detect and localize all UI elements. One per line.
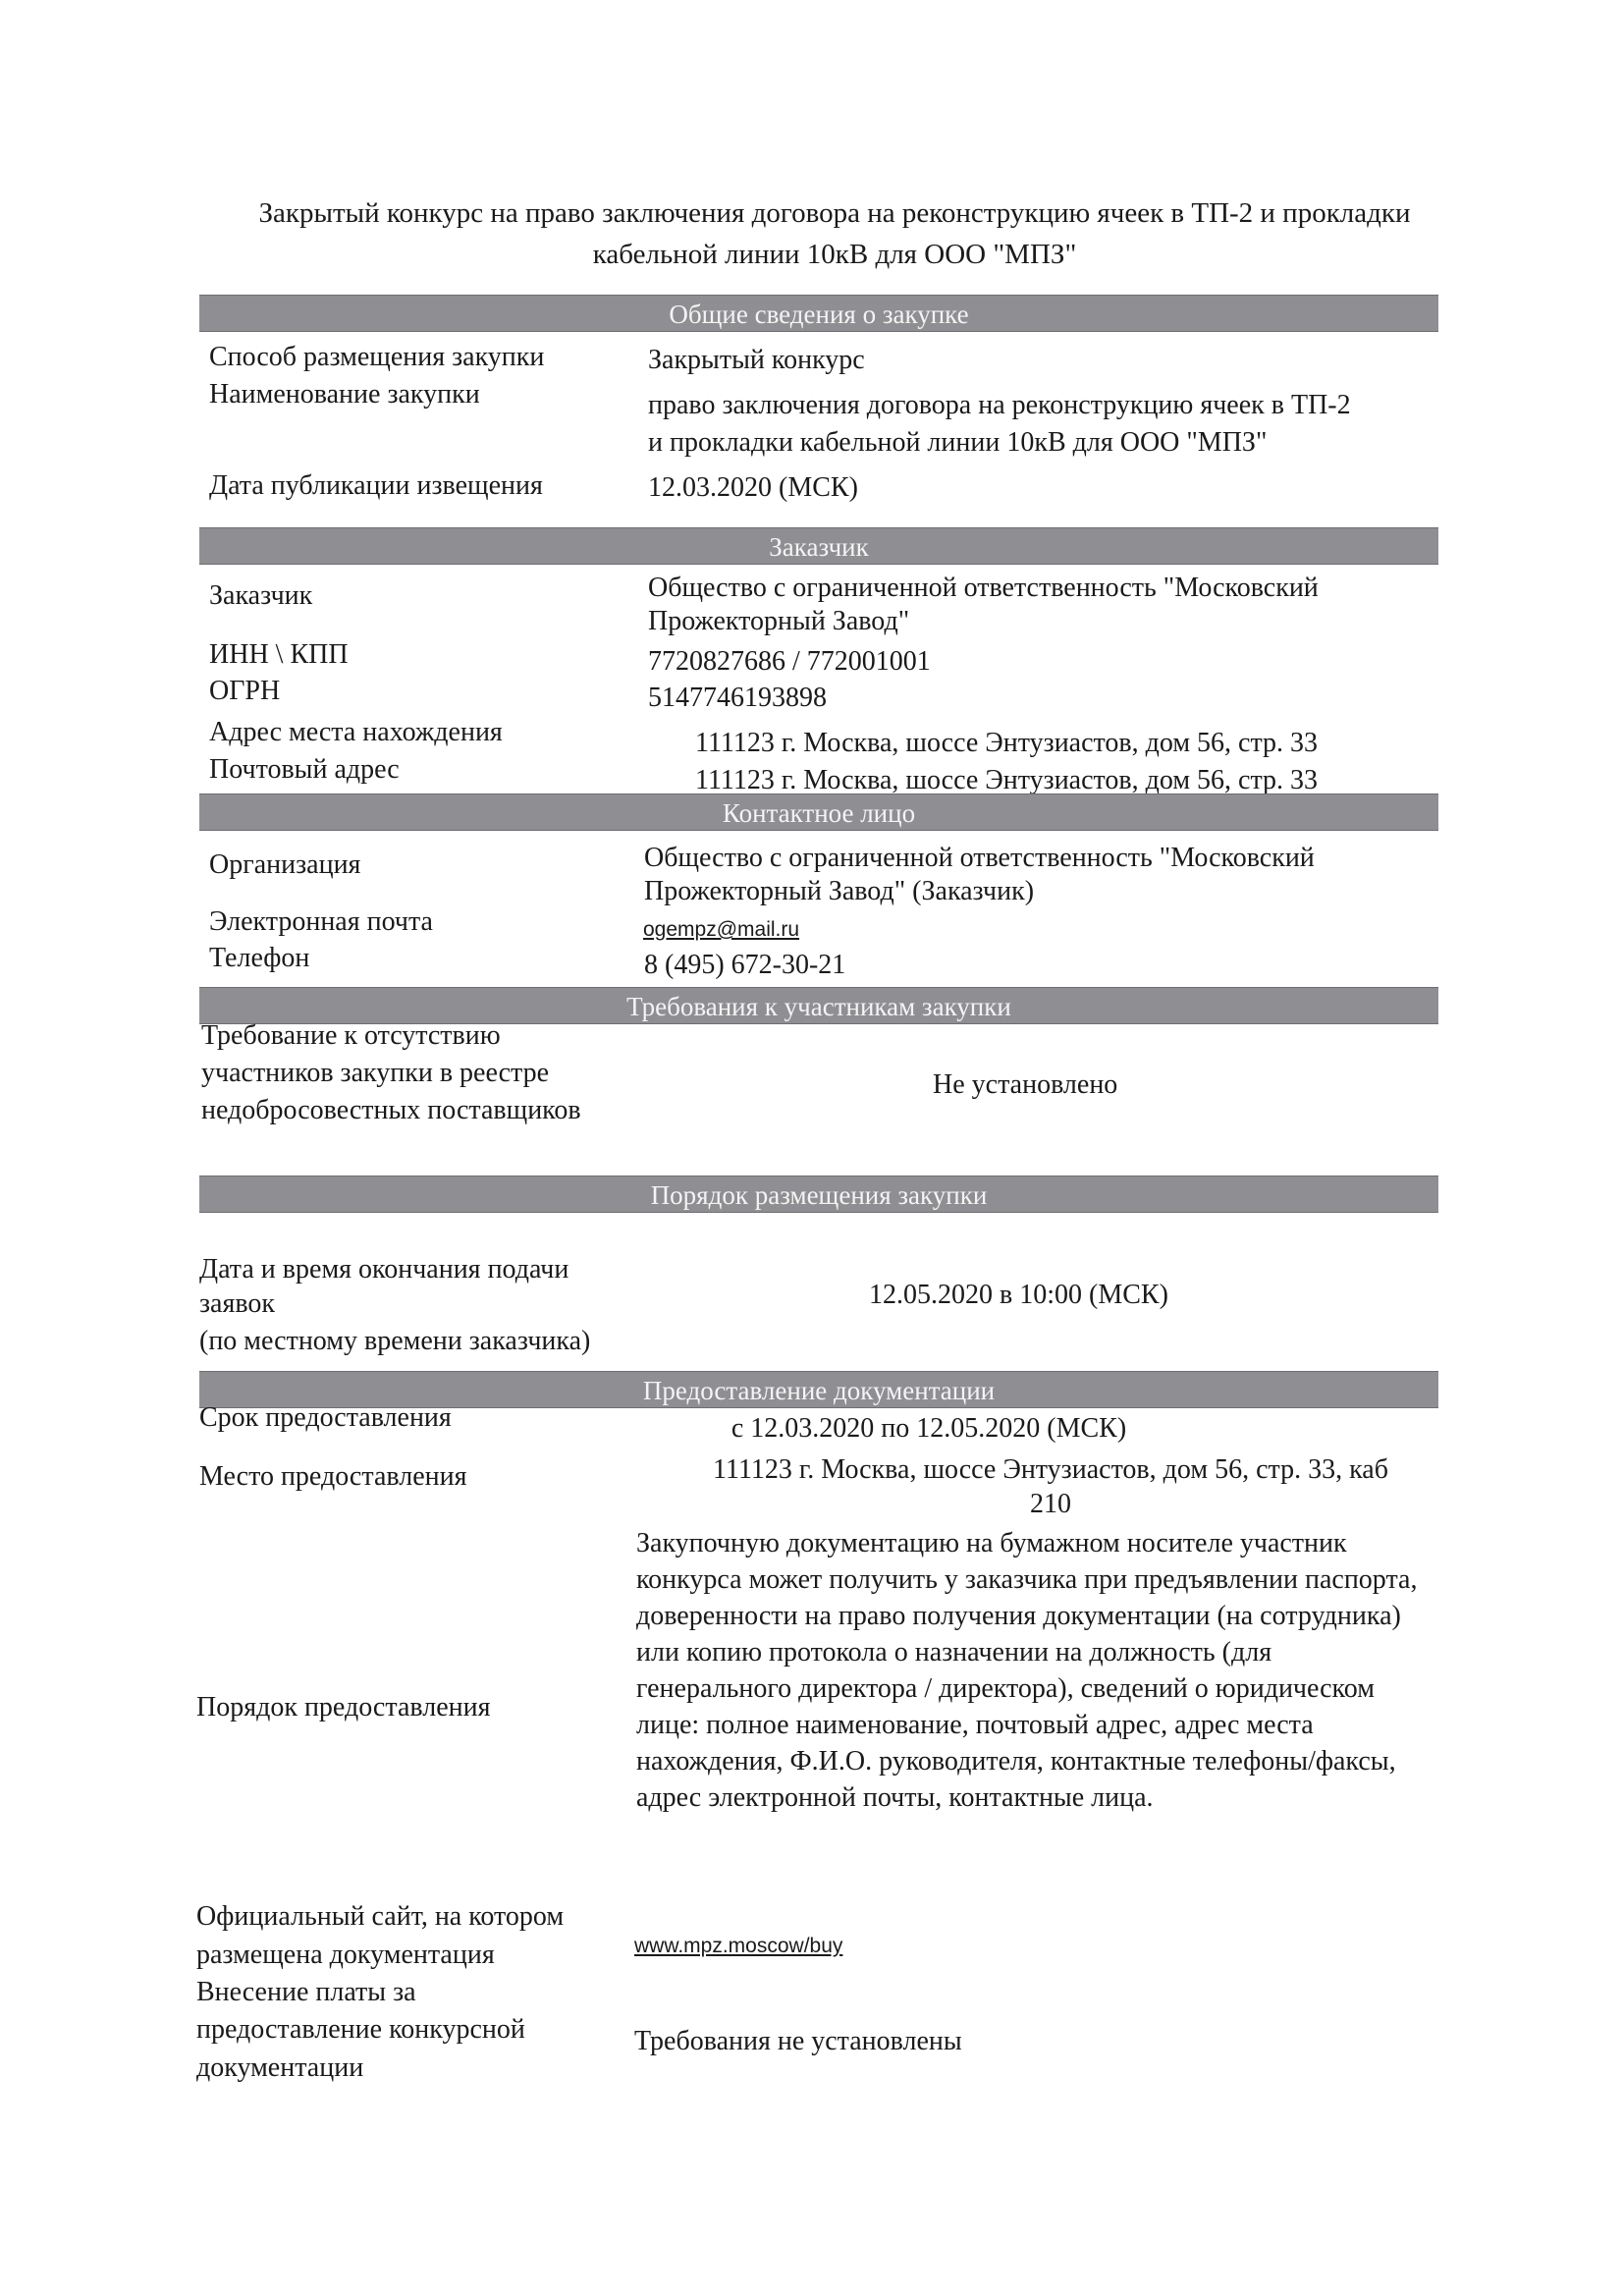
section-header-customer: Заказчик: [199, 527, 1438, 565]
place-value-line-2: 210: [609, 1486, 1492, 1522]
name-value-line-2: и прокладки кабельной линии 10кВ для ООО…: [648, 424, 1267, 461]
section-header-contact: Контактное лицо: [199, 793, 1438, 831]
customer-value-line-1: Общество с ограниченной ответственность …: [648, 570, 1319, 606]
section-header-general: Общие сведения о закупке: [199, 295, 1438, 332]
order-value: Закупочную документацию на бумажном носи…: [636, 1525, 1432, 1816]
documentation-site-link[interactable]: www.mpz.moscow/buy: [634, 1928, 842, 1964]
site-label-line-2: размещена документация: [196, 1937, 495, 1973]
postal-label: Почтовый адрес: [209, 751, 400, 788]
org-value-line-1: Общество с ограниченной ответственность …: [644, 840, 1315, 876]
ogrn-label: ОГРН: [209, 673, 280, 709]
document-title: Закрытый конкурс на право заключения дог…: [196, 192, 1473, 275]
name-label: Наименование закупки: [209, 376, 480, 412]
phone-label: Телефон: [209, 940, 309, 976]
place-label: Место предоставления: [199, 1458, 466, 1495]
method-label: Способ размещения закупки: [209, 339, 544, 375]
deadline-label-line-3: (по местному времени заказчика): [199, 1323, 590, 1359]
title-line-2: кабельной линии 10кВ для ООО "МПЗ": [196, 234, 1473, 275]
term-label: Срок предоставления: [199, 1399, 452, 1436]
deadline-label-line-2: заявок: [199, 1285, 275, 1322]
section-header-placement: Порядок размещения закупки: [199, 1175, 1438, 1213]
requirement-label-line-2: участников закупки в реестре: [201, 1055, 549, 1091]
fee-label-line-3: документации: [196, 2050, 363, 2086]
order-label: Порядок предоставления: [196, 1689, 490, 1725]
fee-label-line-1: Внесение платы за: [196, 1974, 416, 2010]
fee-value: Требования не установлены: [634, 2023, 962, 2059]
phone-value: 8 (495) 672-30-21: [644, 947, 845, 983]
inn-label: ИНН \ КПП: [209, 636, 349, 673]
deadline-value: 12.05.2020 в 10:00 (МСК): [869, 1277, 1168, 1313]
term-value: с 12.03.2020 по 12.05.2020 (МСК): [438, 1410, 1420, 1447]
email-link[interactable]: ogempz@mail.ru: [643, 911, 799, 948]
publish-date-value: 12.03.2020 (МСК): [648, 469, 858, 506]
location-label: Адрес места нахождения: [209, 714, 503, 750]
site-label-line-1: Официальный сайт, на котором: [196, 1898, 564, 1935]
term-value-text: с 12.03.2020 по 12.05.2020 (МСК): [438, 1410, 1420, 1447]
publish-date-label: Дата публикации извещения: [209, 467, 543, 504]
inn-value: 7720827686 / 772001001: [648, 643, 931, 680]
location-value: 111123 г. Москва, шоссе Энтузиастов, дом…: [695, 725, 1318, 761]
requirement-value: Не установлено: [933, 1066, 1117, 1103]
customer-value-line-2: Прожекторный Завод": [648, 603, 909, 639]
requirement-label-line-1: Требование к отсутствию: [201, 1017, 501, 1054]
email-label: Электронная почта: [209, 903, 433, 940]
name-value-line-1: право заключения договора на реконструкц…: [648, 387, 1351, 423]
place-value-line-1: 111123 г. Москва, шоссе Энтузиастов, дом…: [609, 1451, 1492, 1488]
method-value: Закрытый конкурс: [648, 342, 865, 378]
title-line-1: Закрытый конкурс на право заключения дог…: [196, 192, 1473, 234]
place-value: 111123 г. Москва, шоссе Энтузиастов, дом…: [609, 1451, 1492, 1522]
org-label: Организация: [209, 847, 360, 883]
fee-label-line-2: предоставление конкурсной: [196, 2011, 525, 2048]
ogrn-value: 5147746193898: [648, 680, 827, 716]
customer-label: Заказчик: [209, 577, 312, 614]
deadline-label-line-1: Дата и время окончания подачи: [199, 1251, 568, 1287]
org-value-line-2: Прожекторный Завод" (Заказчик): [644, 873, 1034, 909]
requirement-label-line-3: недобросовестных поставщиков: [201, 1092, 581, 1128]
